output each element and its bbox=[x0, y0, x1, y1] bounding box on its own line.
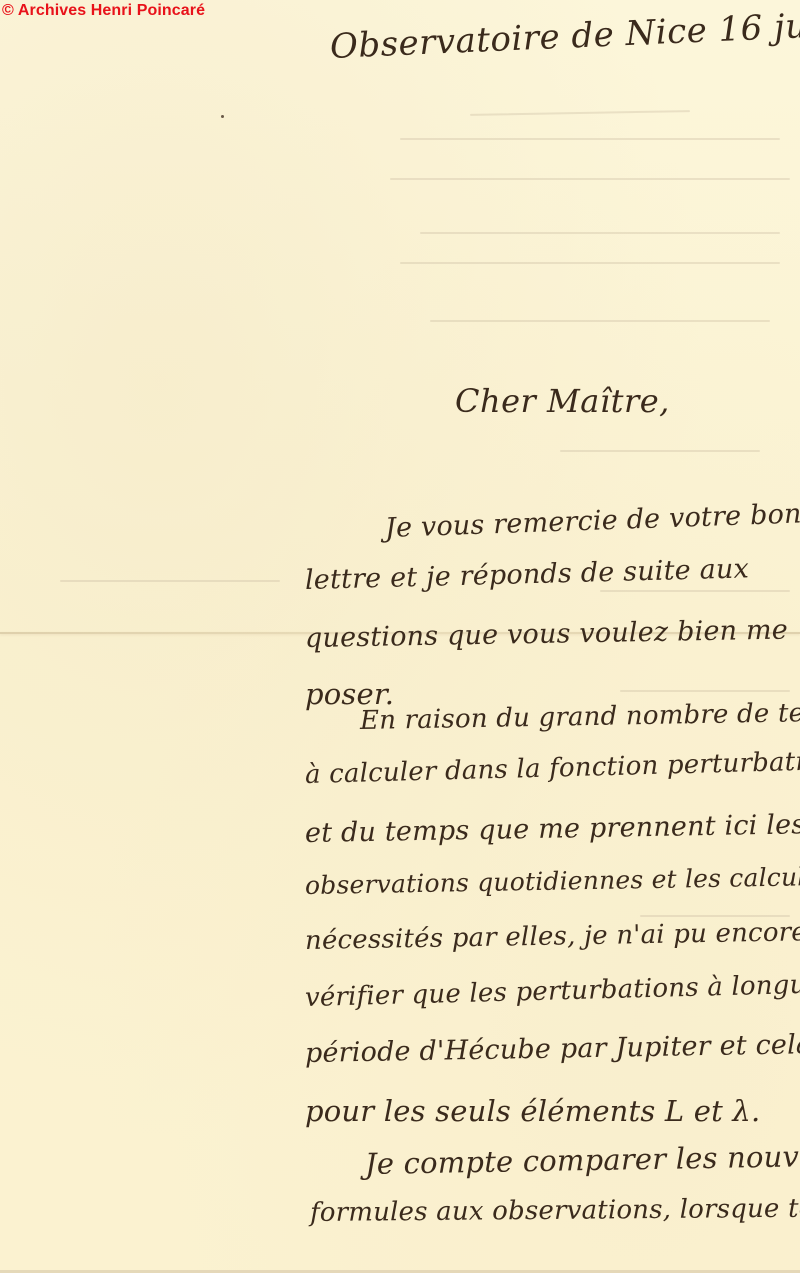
letter-body-line: En raison du grand nombre de termes bbox=[360, 699, 800, 734]
letter-body-line: à calculer dans la fonction perturbatric… bbox=[305, 748, 800, 788]
bleed-through-stroke bbox=[430, 320, 770, 322]
bleed-through-stroke bbox=[390, 178, 790, 180]
bleed-through-stroke bbox=[640, 915, 790, 917]
letter-body-line: pour les seuls éléments L et λ. bbox=[305, 1097, 760, 1126]
bleed-through-stroke bbox=[600, 590, 790, 592]
archive-watermark: © Archives Henri Poincaré bbox=[2, 2, 205, 20]
letter-body-line: nécessités par elles, je n'ai pu encore bbox=[305, 919, 800, 954]
bleed-through-stroke bbox=[60, 580, 280, 582]
letter-page: © Archives Henri Poincaré Observatoire d… bbox=[0, 0, 800, 1273]
letter-body-line: période d'Hécube par Jupiter et cela bbox=[305, 1031, 800, 1067]
bleed-through-stroke bbox=[470, 110, 690, 116]
letter-body-line: questions que vous voulez bien me bbox=[305, 617, 788, 652]
bleed-through-stroke bbox=[400, 138, 780, 140]
letter-body-line: vérifier que les perturbations à longue bbox=[305, 971, 800, 1011]
ink-speck bbox=[221, 115, 224, 118]
bleed-through-stroke bbox=[620, 690, 790, 692]
letter-body-line: lettre et je réponds de suite aux bbox=[305, 555, 750, 594]
letter-body-line: formules aux observations, lorsque tous bbox=[310, 1195, 800, 1226]
letter-body-line: Je compte comparer les nouvelles bbox=[365, 1141, 800, 1179]
bleed-through-stroke bbox=[400, 262, 780, 264]
letter-dateline: Observatoire de Nice 16 juillet 1901, bbox=[329, 1, 800, 64]
letter-body-line: observations quotidiennes et les calculs bbox=[305, 864, 800, 898]
letter-body-line: et du temps que me prennent ici les bbox=[305, 811, 800, 847]
bleed-through-stroke bbox=[560, 450, 760, 452]
bleed-through-stroke bbox=[420, 232, 780, 234]
letter-body-line: Je vous remercie de votre bonne bbox=[385, 499, 800, 542]
letter-salutation: Cher Maître, bbox=[455, 385, 670, 417]
